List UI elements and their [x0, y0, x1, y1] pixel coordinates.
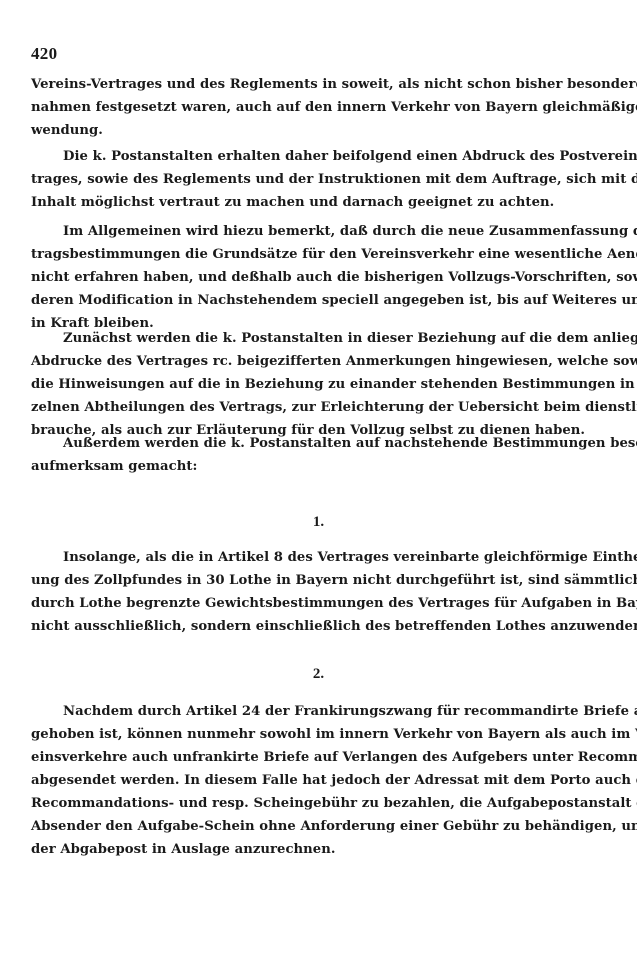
text-line: Im Allgemeinen wird hiezu bemerkt, daß d… [31, 220, 621, 243]
text-line: tragsbestimmungen die Grundsätze für den… [31, 243, 621, 266]
text-line: Recommandations- und resp. Scheingebühr … [31, 792, 621, 815]
text-line: wendung. [31, 119, 621, 142]
text-line: die Hinweisungen auf die in Beziehung zu… [31, 373, 621, 396]
text-line: abgesendet werden. In diesem Falle hat j… [31, 769, 621, 792]
text-line: Vereins-Vertrages und des Reglements in … [31, 73, 621, 96]
text-line: Absender den Aufgabe-Schein ohne Anforde… [31, 815, 621, 838]
text-line: nicht erfahren haben, und deßhalb auch d… [31, 266, 621, 289]
text-line: ung des Zollpfundes in 30 Lothe in Bayer… [31, 569, 621, 592]
text-line: Nachdem durch Artikel 24 der Frankirungs… [31, 700, 621, 723]
paragraph-abdruck: Die k. Postanstalten erhalten daher beif… [31, 145, 621, 214]
text-line: trages, sowie des Reglements und der Ins… [31, 168, 621, 191]
section-1-text: Insolange, als die in Artikel 8 des Vert… [31, 546, 621, 638]
text-line: aufmerksam gemacht: [31, 455, 621, 478]
text-line: einsverkehre auch unfrankirte Briefe auf… [31, 746, 621, 769]
text-line: durch Lothe begrenzte Gewichtsbestimmung… [31, 592, 621, 615]
paragraph-allgemeinen: Im Allgemeinen wird hiezu bemerkt, daß d… [31, 220, 621, 335]
paragraph-zunaechst: Zunächst werden die k. Postanstalten in … [31, 327, 621, 442]
document-page: 420 Vereins-Vertrages und des Reglements… [0, 0, 637, 960]
text-line: Die k. Postanstalten erhalten daher beif… [31, 145, 621, 168]
section-number-2: 2. [0, 666, 637, 683]
text-line: Inhalt möglichst vertraut zu machen und … [31, 191, 621, 214]
text-line: der Abgabepost in Auslage anzurechnen. [31, 838, 621, 861]
text-line: Außerdem werden die k. Postanstalten auf… [31, 432, 621, 455]
text-line: Zunächst werden die k. Postanstalten in … [31, 327, 621, 350]
paragraph-ausserdem: Außerdem werden die k. Postanstalten auf… [31, 432, 621, 478]
text-line: Abdrucke des Vertrages rc. beigezifferte… [31, 350, 621, 373]
section-2-text: Nachdem durch Artikel 24 der Frankirungs… [31, 700, 621, 861]
text-line: deren Modification in Nachstehendem spec… [31, 289, 621, 312]
section-number-1: 1. [0, 514, 637, 531]
text-line: gehoben ist, können nunmehr sowohl im in… [31, 723, 621, 746]
page-number: 420 [31, 44, 57, 64]
text-line: zelnen Abtheilungen des Vertrags, zur Er… [31, 396, 621, 419]
paragraph-continuation: Vereins-Vertrages und des Reglements in … [31, 73, 621, 142]
text-line: nahmen festgesetzt waren, auch auf den i… [31, 96, 621, 119]
text-line: nicht ausschließlich, sondern einschließ… [31, 615, 621, 638]
text-line: Insolange, als die in Artikel 8 des Vert… [31, 546, 621, 569]
